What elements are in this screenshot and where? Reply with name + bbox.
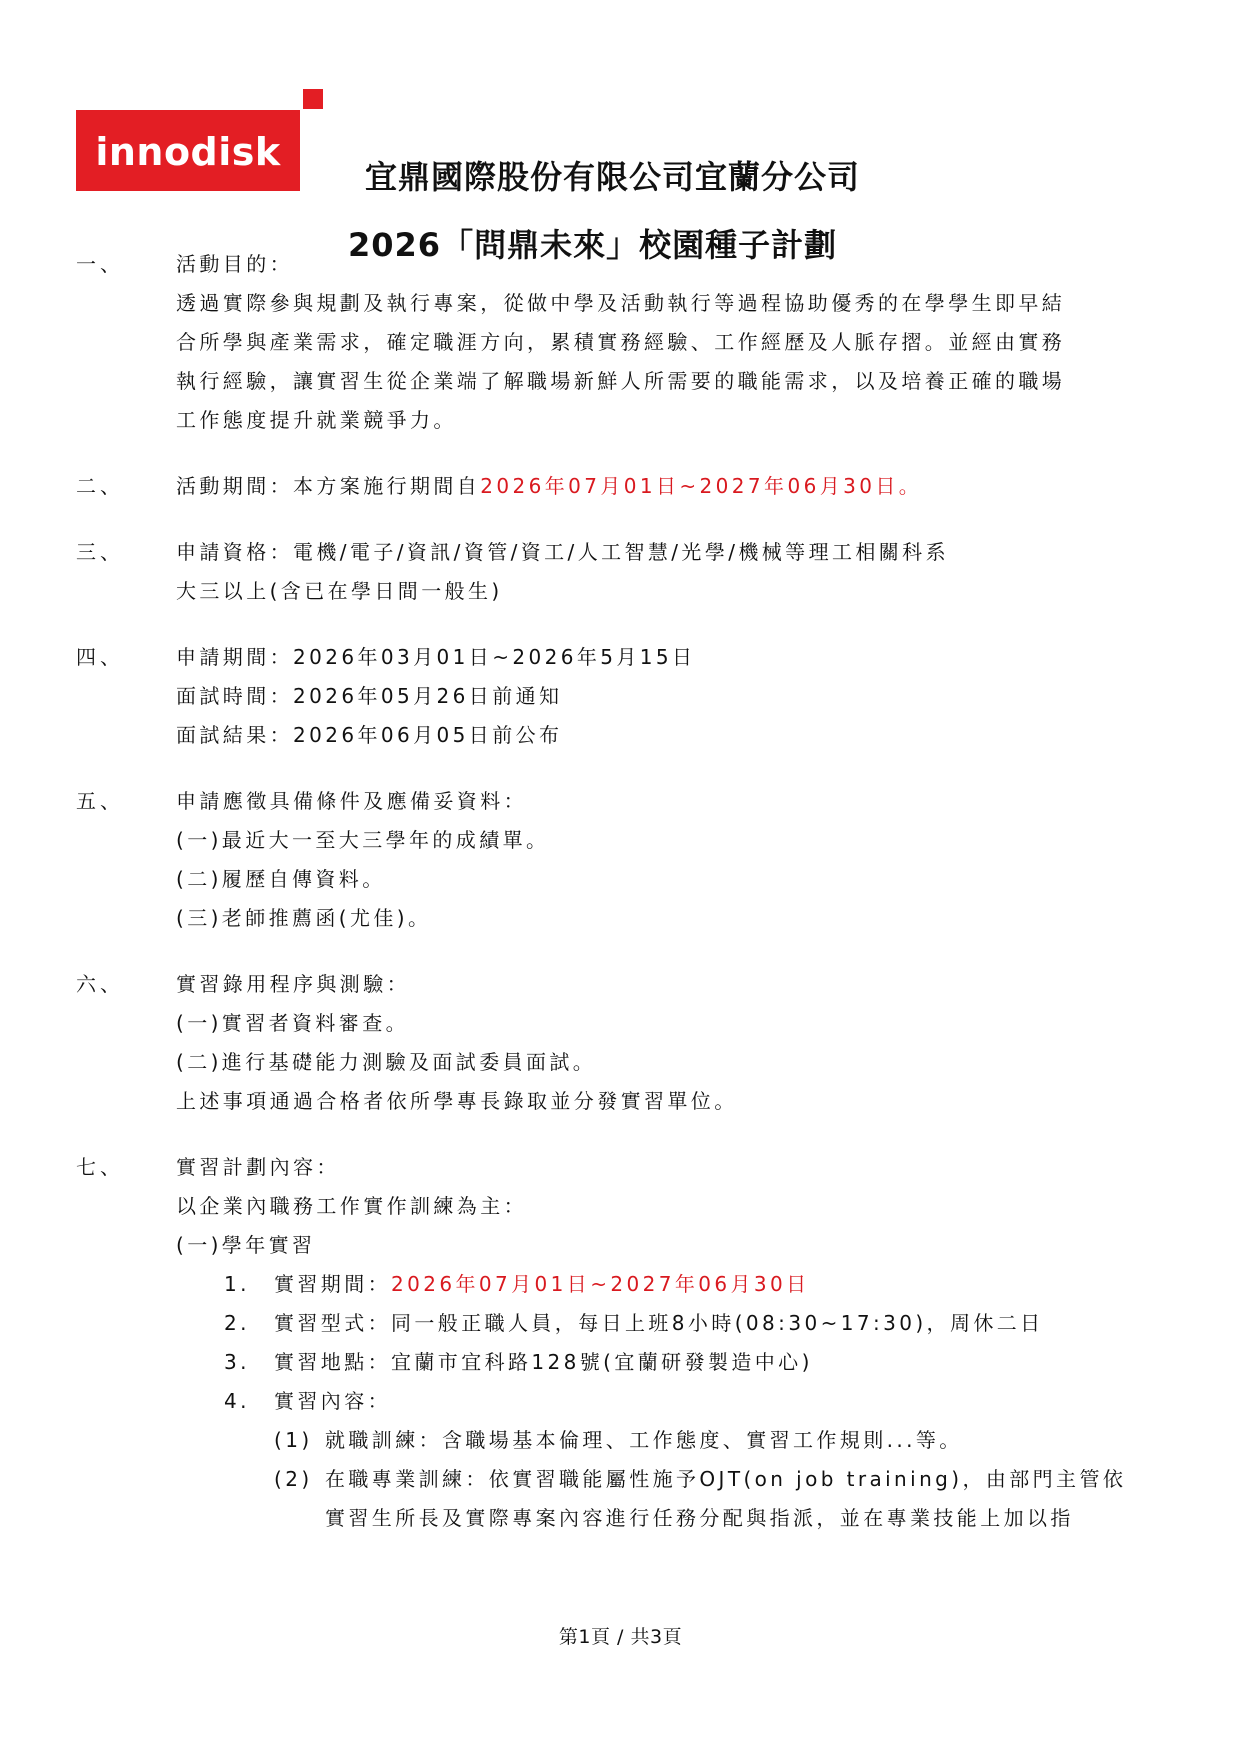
section-3-line-1: 大三以上(含已在學日間一般生) xyxy=(176,571,503,611)
section-5-heading: 申請應徵具備條件及應備妥資料： xyxy=(176,781,527,821)
document-title-company: 宜鼎國際股份有限公司宜蘭分公司 xyxy=(365,152,860,198)
page-indicator: 第1頁 / 共3頁 xyxy=(0,1622,1241,1649)
section-6-line-3: 上述事項通過合格者依所學專長錄取並分發實習單位。 xyxy=(176,1081,738,1121)
section-7-heading: 實習計劃內容： xyxy=(176,1147,340,1187)
subitem-2-line-1: 在職專業訓練：依實習職能屬性施予OJT(on job training)，由部門… xyxy=(325,1459,1126,1499)
section-1-line-4: 工作態度提升就業競爭力。 xyxy=(176,400,457,440)
section-1-line-1: 透過實際參與規劃及執行專案，從做中學及活動執行等過程協助優秀的在學學生即早結 xyxy=(176,283,1065,323)
document-title-program: 2026「問鼎未來」校園種子計劃 xyxy=(348,220,837,266)
section-1-heading: 活動目的： xyxy=(176,244,293,284)
section-2-heading: 活動期間：本方案施行期間自 xyxy=(176,474,480,498)
section-3-heading: 申請資格：電機/電子/資訊/資管/資工/人工智慧/光學/機械等理工相關科系 xyxy=(176,532,949,572)
item-2-number: 2. xyxy=(224,1303,250,1343)
section-7-number: 七、 xyxy=(76,1147,124,1187)
item-4-number: 4. xyxy=(224,1381,250,1421)
section-1-line-2: 合所學與產業需求，確定職涯方向，累積實務經驗、工作經歷及人脈存摺。並經由實務 xyxy=(176,322,1065,362)
item-4-text: 實習內容： xyxy=(274,1381,391,1421)
section-1-line-3: 執行經驗，讓實習生從企業端了解職場新鮮人所需要的職能需求，以及培養正確的職場 xyxy=(176,361,1065,401)
section-7-line-1: 以企業內職務工作實作訓練為主： xyxy=(176,1186,527,1226)
subitem-1-text: 就職訓練：含職場基本倫理、工作態度、實習工作規則...等。 xyxy=(325,1420,963,1460)
section-5-number: 五、 xyxy=(76,781,124,821)
subitem-2-number: (2) xyxy=(274,1459,313,1499)
section-1-number: 一、 xyxy=(76,244,124,284)
item-1-label: 實習期間： xyxy=(274,1272,391,1296)
logo-text: innodisk xyxy=(76,110,300,191)
section-6-line-2: (二)進行基礎能力測驗及面試委員面試。 xyxy=(176,1042,596,1082)
section-4-line-1: 面試時間：2026年05月26日前通知 xyxy=(176,676,562,716)
section-6-line-1: (一)實習者資料審查。 xyxy=(176,1003,409,1043)
internship-period-dates: 2026年07月01日~2027年06月30日 xyxy=(391,1272,810,1296)
section-4-heading: 申請期間：2026年03月01日~2026年5月15日 xyxy=(176,637,695,677)
item-1-text: 實習期間：2026年07月01日~2027年06月30日 xyxy=(274,1264,810,1304)
subitem-2-line-2: 實習生所長及實際專案內容進行任務分配與指派，並在專業技能上加以指 xyxy=(325,1498,1074,1538)
section-7-line-2: (一)學年實習 xyxy=(176,1225,315,1265)
section-3-number: 三、 xyxy=(76,532,124,572)
innodisk-logo: innodisk xyxy=(76,110,300,191)
section-6-heading: 實習錄用程序與測驗： xyxy=(176,964,410,1004)
subitem-1-number: (1) xyxy=(274,1420,313,1460)
item-3-text: 實習地點：宜蘭市宜科路128號(宜蘭研發製造中心) xyxy=(274,1342,813,1382)
item-3-number: 3. xyxy=(224,1342,250,1382)
section-2-number: 二、 xyxy=(76,466,124,506)
section-4-line-2: 面試結果：2026年06月05日前公布 xyxy=(176,715,562,755)
section-2-text: 活動期間：本方案施行期間自2026年07月01日~2027年06月30日。 xyxy=(176,466,922,506)
section-4-number: 四、 xyxy=(76,637,124,677)
item-2-text: 實習型式：同一般正職人員，每日上班8小時(08:30~17:30)，周休二日 xyxy=(274,1303,1044,1343)
section-5-line-1: (一)最近大一至大三學年的成績單。 xyxy=(176,820,549,860)
section-6-number: 六、 xyxy=(76,964,124,1004)
section-5-line-2: (二)履歷自傳資料。 xyxy=(176,859,386,899)
item-1-number: 1. xyxy=(224,1264,250,1304)
logo-accent-square xyxy=(303,89,323,109)
activity-period-dates: 2026年07月01日~2027年06月30日。 xyxy=(480,474,922,498)
section-5-line-3: (三)老師推薦函(尤佳)。 xyxy=(176,898,431,938)
